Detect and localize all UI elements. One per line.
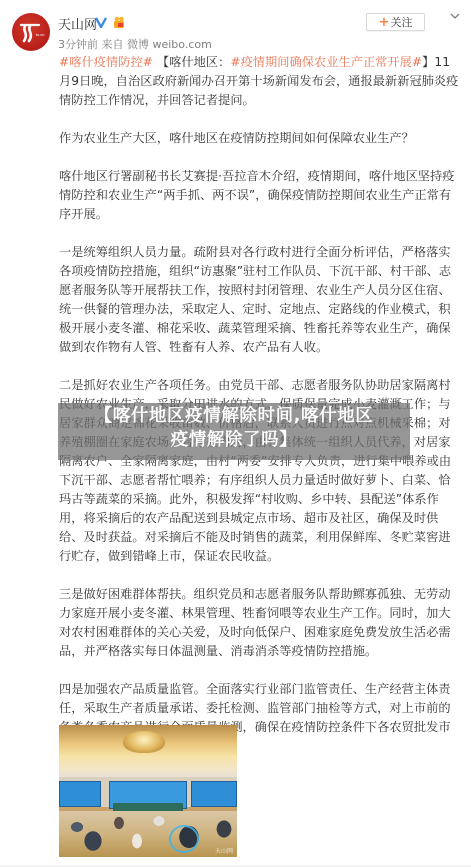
overlay-title: 【喀什地区疫情解除时间,喀什地区 疫情解除了吗】 (58, 404, 410, 452)
avatar[interactable]: ts.cn (12, 13, 50, 51)
paragraph: 一是统筹组织人员力量。疏附县对各行政村进行全面分析评估，严格落实各项疫情防控措施… (59, 243, 459, 357)
hashtag-link[interactable]: #喀什疫情防控# (59, 55, 153, 69)
photo-chandelier (123, 731, 165, 753)
paragraph: 三是做好困难群体帮扶。组织党员和志愿者服务队帮助鳏寡孤独、无劳动力家庭开展小麦冬… (59, 585, 459, 661)
tianshan-logo-icon: ts.cn (12, 13, 50, 51)
author-name[interactable]: 天山网 (58, 14, 97, 33)
overlay-title-line: 疫情解除了吗】 (58, 428, 410, 452)
follow-label: 关注 (390, 14, 412, 30)
photo-screen (191, 781, 237, 807)
follow-button[interactable]: + 关注 (366, 13, 425, 31)
vip-badge-icon[interactable] (112, 15, 126, 29)
photo-crowd (59, 811, 237, 857)
paragraph: 喀什地区行署副秘书长艾赛提·吾拉音木介绍，疫情期间，喀什地区坚持疫情防控和农业生… (59, 167, 459, 224)
plus-icon: + (379, 16, 390, 29)
overlay-title-line: 【喀什地区疫情解除时间,喀什地区 (58, 404, 410, 428)
post-meta: 3分钟前 来自 微博 weibo.com (58, 36, 212, 52)
chevron-down-icon[interactable] (450, 12, 460, 20)
photo-screen (59, 781, 101, 807)
photo-cable (169, 825, 199, 853)
photo-watermark: 天山网 (215, 846, 233, 855)
svg-text:ts.cn: ts.cn (36, 32, 44, 37)
verified-icon (95, 16, 107, 28)
hashtag-link[interactable]: #疫情期间确保农业生产正常开展# (230, 55, 422, 69)
intro-text: 【喀什地区： (153, 55, 230, 69)
post-image[interactable]: 天山网 (59, 725, 237, 857)
paragraph: 作为农业生产大区，喀什地区在疫情防控期间如何保障农业生产？ (59, 129, 459, 148)
post-intro: #喀什疫情防控# 【喀什地区：#疫情期间确保农业生产正常开展#】11月9日晚，自… (59, 53, 459, 110)
weibo-post: ts.cn 天山网 3分钟前 来自 微博 weibo.com + 关注 #喀什疫… (0, 0, 471, 867)
